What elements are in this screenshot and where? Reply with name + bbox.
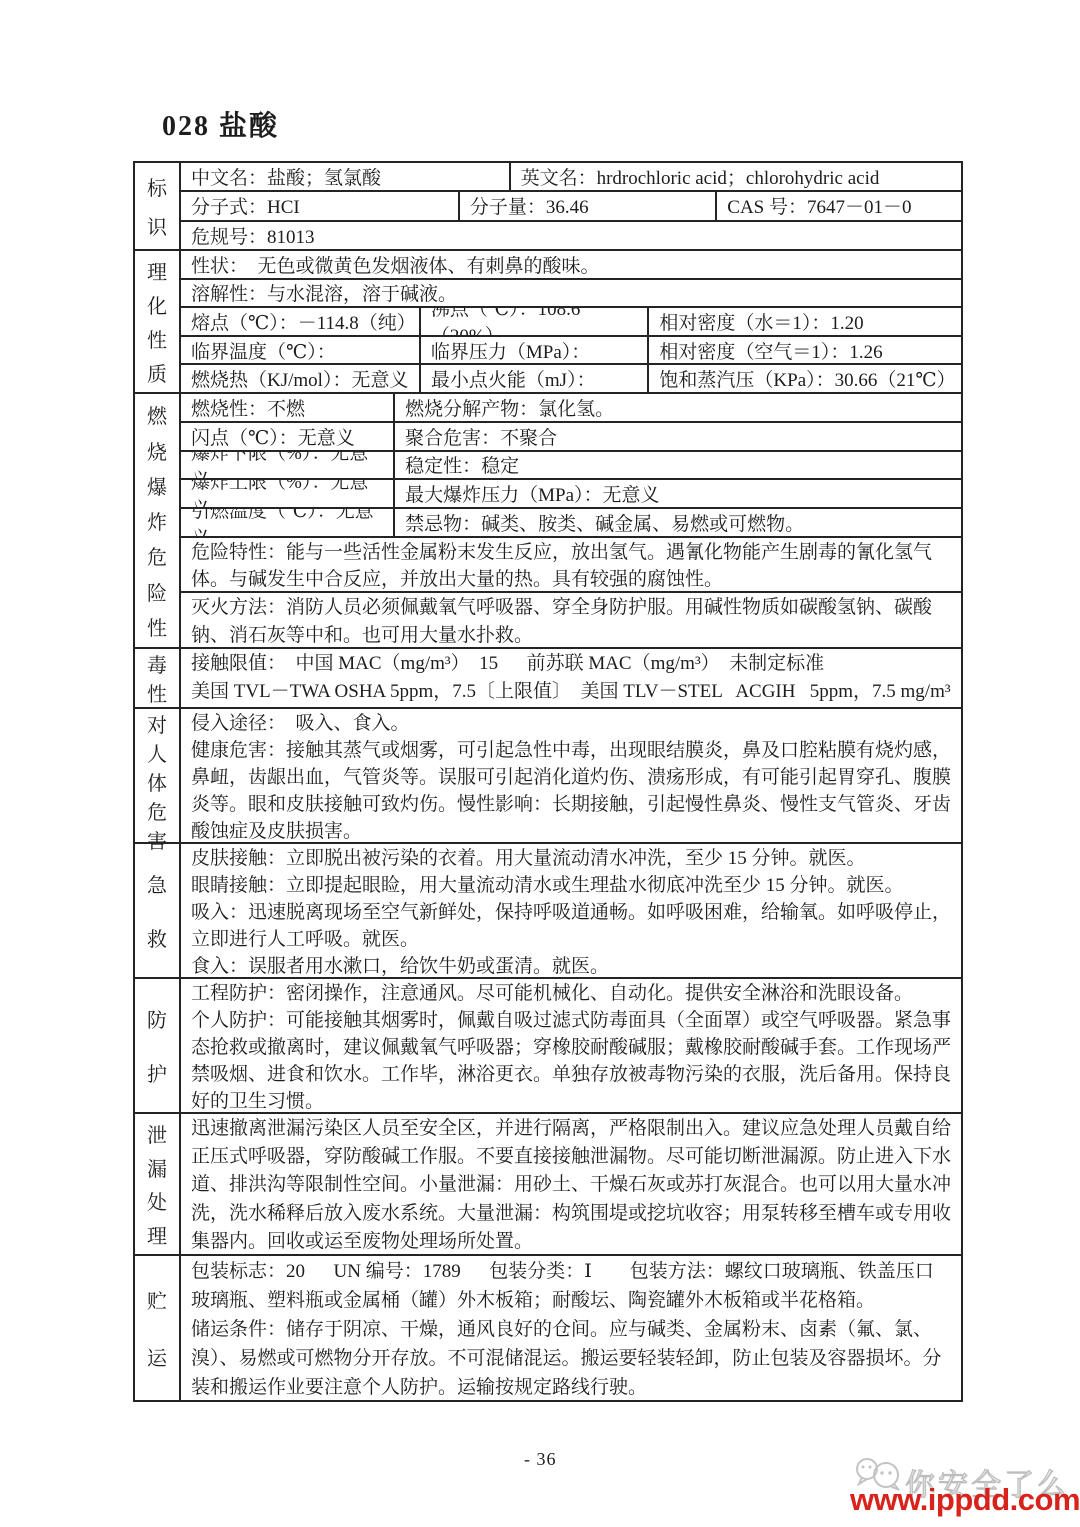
personal-protection-text: 个人防护：可能接触其烟雾时，佩戴自吸过滤式防毒面具（全面罩）或空气呼吸器。紧急事…	[191, 1007, 951, 1112]
explosion-lower-cell: 爆炸下限（%）：无意义	[181, 452, 393, 479]
section-protection: 防护 工程防护：密闭操作，注意通风。尽可能机械化、自动化。提供安全淋浴和洗眼设备…	[135, 977, 961, 1112]
density-water-text: 相对密度（水＝1）：1.20	[659, 308, 863, 335]
solubility-text: 溶解性：与水混溶，溶于碱液。	[191, 280, 457, 307]
flash-point-cell: 闪点（℃）：无意义	[181, 423, 393, 450]
density-air-text: 相对密度（空气＝1）：1.26	[659, 337, 882, 364]
exposure-limit-line2: 美国 TVL－TWA OSHA 5ppm，7.5〔上限值〕 美国 TLV－STE…	[191, 678, 951, 706]
section-body-first-aid: 皮肤接触：立即脱出被污染的衣着。用大量流动清水冲洗，至少 15 分钟。就医。 眼…	[181, 844, 961, 977]
section-storage-transport: 贮运 包装标志：20 UN 编号：1789 包装分类：Ⅰ 包装方法：螺纹口玻璃瓶…	[135, 1254, 961, 1400]
ignition-temp-text: 引燃温度（℃）：无意义	[191, 509, 383, 536]
combustion-heat-text: 燃烧热（KJ/mol）：无意义	[191, 365, 408, 392]
health-hazard-text: 健康危害：接触其蒸气或烟雾，可引起急性中毒，出现眼结膜炎，鼻及口腔粘膜有烧灼感，…	[191, 737, 951, 842]
explosion-upper-text: 爆炸上限（%）：无意义	[191, 480, 383, 507]
critical-temp-text: 临界温度（℃）：	[191, 337, 336, 364]
section-body-toxicity: 接触限值： 中国 MAC（mg/m³） 15 前苏联 MAC（mg/m³） 未制…	[181, 649, 961, 707]
row-leak-procedure: 迅速撤离泄漏污染区人员至安全区，并进行隔离，严格限制出入。建议应急处理人员戴自给…	[181, 1114, 961, 1254]
hazard-characteristics-text: 危险特性：能与一些活性金属粉末发生反应，放出氢气。遇氰化物能产生剧毒的氰化氢气体…	[191, 539, 951, 592]
section-label-identification: 标识	[135, 163, 181, 249]
section-body-health-hazard: 侵入途径： 吸入、食入。 健康危害：接触其蒸气或烟雾，可引起急性中毒，出现眼结膜…	[181, 709, 961, 842]
combustion-heat-cell: 燃烧热（KJ/mol）：无意义	[181, 365, 419, 392]
section-identification: 标识 中文名：盐酸；氢氯酸 英文名：hrdrochloric acid；chlo…	[135, 163, 961, 249]
section-body-fire-explosion: 燃烧性：不燃 燃烧分解产物：氯化氢。 闪点（℃）：无意义 聚合危害：不聚合 爆炸…	[181, 394, 961, 647]
section-label-protection: 防护	[135, 979, 181, 1112]
section-first-aid: 急救 皮肤接触：立即脱出被污染的衣着。用大量流动清水冲洗，至少 15 分钟。就医…	[135, 842, 961, 977]
protection-cell: 工程防护：密闭操作，注意通风。尽可能机械化、自动化。提供安全淋浴和洗眼设备。 个…	[181, 979, 961, 1112]
packaging-text: 包装标志：20 UN 编号：1789 包装分类：Ⅰ 包装方法：螺纹口玻璃瓶、铁盖…	[191, 1257, 951, 1315]
mol-weight-text: 分子量：36.46	[470, 192, 589, 219]
skin-contact-text: 皮肤接触：立即脱出被污染的衣着。用大量流动清水冲洗，至少 15 分钟。就医。	[191, 845, 951, 872]
row-hazard-characteristics: 危险特性：能与一些活性金属粉末发生反应，放出氢气。遇氰化物能产生剧毒的氰化氢气体…	[181, 536, 961, 592]
mol-weight-cell: 分子量：36.46	[458, 192, 715, 219]
section-body-leak-handling: 迅速撤离泄漏污染区人员至安全区，并进行隔离，严格限制出入。建议应急处理人员戴自给…	[181, 1114, 961, 1254]
row-formula: 分子式：HCI 分子量：36.46 CAS 号：7647－01－0	[181, 190, 961, 219]
health-hazard-cell: 侵入途径： 吸入、食入。 健康危害：接触其蒸气或烟雾，可引起急性中毒，出现眼结膜…	[181, 709, 961, 842]
msds-table: 标识 中文名：盐酸；氢氯酸 英文名：hrdrochloric acid；chlo…	[133, 161, 963, 1402]
min-ignition-cell: 最小点火能（mJ）：	[419, 365, 648, 392]
boiling-point-text: 沸点（℃）：108.6（20%）	[431, 308, 638, 335]
row-storage: 包装标志：20 UN 编号：1789 包装分类：Ⅰ 包装方法：螺纹口玻璃瓶、铁盖…	[181, 1256, 961, 1400]
row-names: 中文名：盐酸；氢氯酸 英文名：hrdrochloric acid；chloroh…	[181, 163, 961, 190]
polymerization-text: 聚合危害：不聚合	[405, 423, 557, 450]
row-flash-point: 闪点（℃）：无意义 聚合危害：不聚合	[181, 421, 961, 450]
row-extinguishing: 灭火方法：消防人员必须佩戴氧气呼吸器、穿全身防护服。用碱性物质如碳酸氢钠、碳酸钠…	[181, 591, 961, 647]
stability-text: 稳定性：稳定	[405, 452, 519, 479]
boiling-point-cell: 沸点（℃）：108.6（20%）	[419, 308, 648, 335]
vapor-pressure-text: 饱和蒸汽压（KPa）：30.66（21℃）	[659, 365, 951, 392]
section-label-health-hazard: 对人体危害	[135, 709, 181, 842]
row-explosion-upper: 爆炸上限（%）：无意义 最大爆炸压力（MPa）：无意义	[181, 478, 961, 507]
row-melting-boiling-density: 熔点（℃）：－114.8（纯） 沸点（℃）：108.6（20%） 相对密度（水＝…	[181, 306, 961, 335]
section-body-storage-transport: 包装标志：20 UN 编号：1789 包装分类：Ⅰ 包装方法：螺纹口玻璃瓶、铁盖…	[181, 1256, 961, 1400]
stability-cell: 稳定性：稳定	[393, 452, 961, 479]
invasion-route-text: 侵入途径： 吸入、食入。	[191, 710, 951, 737]
row-exposure-limits: 接触限值： 中国 MAC（mg/m³） 15 前苏联 MAC（mg/m³） 未制…	[181, 649, 961, 707]
first-aid-cell: 皮肤接触：立即脱出被污染的衣着。用大量流动清水冲洗，至少 15 分钟。就医。 眼…	[181, 844, 961, 977]
max-pressure-cell: 最大爆炸压力（MPa）：无意义	[393, 480, 961, 507]
critical-pressure-cell: 临界压力（MPa）：	[419, 337, 648, 364]
section-label-toxicity: 毒性	[135, 649, 181, 707]
appearance-text: 性状： 无色或微黄色发烟液体、有刺鼻的酸味。	[191, 251, 600, 278]
inhalation-text: 吸入：迅速脱离现场至空气新鲜处，保持呼吸道通畅。如呼吸困难，给输氧。如呼吸停止，…	[191, 899, 951, 953]
section-fire-explosion: 燃烧爆炸危险性 燃烧性：不燃 燃烧分解产物：氯化氢。 闪点（℃）：无意义 聚合危…	[135, 392, 961, 647]
exposure-limit-line1: 接触限值： 中国 MAC（mg/m³） 15 前苏联 MAC（mg/m³） 未制…	[191, 650, 951, 678]
explosion-upper-cell: 爆炸上限（%）：无意义	[181, 480, 393, 507]
row-heat-vapor: 燃烧热（KJ/mol）：无意义 最小点火能（mJ）： 饱和蒸汽压（KPa）：30…	[181, 363, 961, 392]
page-number: - 36	[524, 1449, 557, 1470]
watermark-url: www.ippdd.com	[850, 1482, 1080, 1518]
english-name-text: 英文名：hrdrochloric acid；chlorohydric acid	[521, 163, 880, 190]
section-toxicity: 毒性 接触限值： 中国 MAC（mg/m³） 15 前苏联 MAC（mg/m³）…	[135, 647, 961, 707]
row-flammability: 燃烧性：不燃 燃烧分解产物：氯化氢。	[181, 394, 961, 421]
leak-procedure-text: 迅速撤离泄漏污染区人员至安全区，并进行隔离，严格限制出入。建议应急处理人员戴自给…	[191, 1115, 951, 1254]
solubility-cell: 溶解性：与水混溶，溶于碱液。	[181, 280, 961, 307]
eye-contact-text: 眼睛接触：立即提起眼睑，用大量流动清水或生理盐水彻底冲洗至少 15 分钟。就医。	[191, 872, 951, 899]
section-label-fire-explosion: 燃烧爆炸危险性	[135, 394, 181, 647]
explosion-lower-text: 爆炸下限（%）：无意义	[191, 452, 383, 479]
formula-cell: 分子式：HCI	[181, 192, 458, 219]
incompatibilities-cell: 禁忌物：碱类、胺类、碱金属、易燃或可燃物。	[393, 509, 961, 536]
critical-temp-cell: 临界温度（℃）：	[181, 337, 419, 364]
min-ignition-text: 最小点火能（mJ）：	[431, 365, 596, 392]
flammability-cell: 燃烧性：不燃	[181, 394, 393, 421]
section-leak-handling: 泄漏处理 迅速撤离泄漏污染区人员至安全区，并进行隔离，严格限制出入。建议应急处理…	[135, 1112, 961, 1254]
melting-point-cell: 熔点（℃）：－114.8（纯）	[181, 308, 419, 335]
section-health-hazard: 对人体危害 侵入途径： 吸入、食入。 健康危害：接触其蒸气或烟雾，可引起急性中毒…	[135, 707, 961, 842]
section-body-protection: 工程防护：密闭操作，注意通风。尽可能机械化、自动化。提供安全淋浴和洗眼设备。 个…	[181, 979, 961, 1112]
section-label-storage-transport: 贮运	[135, 1256, 181, 1400]
cas-cell: CAS 号：7647－01－0	[715, 192, 961, 219]
row-health-hazard: 侵入途径： 吸入、食入。 健康危害：接触其蒸气或烟雾，可引起急性中毒，出现眼结膜…	[181, 709, 961, 842]
leak-procedure-cell: 迅速撤离泄漏污染区人员至安全区，并进行隔离，严格限制出入。建议应急处理人员戴自给…	[181, 1114, 961, 1254]
engineering-protection-text: 工程防护：密闭操作，注意通风。尽可能机械化、自动化。提供安全淋浴和洗眼设备。	[191, 980, 951, 1007]
extinguishing-text: 灭火方法：消防人员必须佩戴氧气呼吸器、穿全身防护服。用碱性物质如碳酸氢钠、碳酸钠…	[191, 594, 951, 647]
row-protection: 工程防护：密闭操作，注意通风。尽可能机械化、自动化。提供安全淋浴和洗眼设备。 个…	[181, 979, 961, 1112]
appearance-cell: 性状： 无色或微黄色发烟液体、有刺鼻的酸味。	[181, 251, 961, 278]
section-label-physchem: 理化性质	[135, 251, 181, 392]
row-explosion-lower: 爆炸下限（%）：无意义 稳定性：稳定	[181, 450, 961, 479]
melting-point-text: 熔点（℃）：－114.8（纯）	[191, 308, 409, 335]
ingestion-text: 食入：误服者用水漱口，给饮牛奶或蛋清。就医。	[191, 953, 951, 977]
density-water-cell: 相对密度（水＝1）：1.20	[647, 308, 961, 335]
incompatibilities-text: 禁忌物：碱类、胺类、碱金属、易燃或可燃物。	[405, 509, 804, 536]
density-air-cell: 相对密度（空气＝1）：1.26	[647, 337, 961, 364]
critical-pressure-text: 临界压力（MPa）：	[431, 337, 590, 364]
cas-text: CAS 号：7647－01－0	[727, 192, 911, 219]
section-body-physchem: 性状： 无色或微黄色发烟液体、有刺鼻的酸味。 溶解性：与水混溶，溶于碱液。 熔点…	[181, 251, 961, 392]
hazard-characteristics-cell: 危险特性：能与一些活性金属粉末发生反应，放出氢气。遇氰化物能产生剧毒的氰化氢气体…	[181, 538, 961, 592]
flammability-text: 燃烧性：不燃	[191, 394, 305, 421]
page-title: 028 盐酸	[162, 104, 279, 144]
exposure-limits-cell: 接触限值： 中国 MAC（mg/m³） 15 前苏联 MAC（mg/m³） 未制…	[181, 649, 961, 707]
ignition-temp-cell: 引燃温度（℃）：无意义	[181, 509, 393, 536]
row-appearance: 性状： 无色或微黄色发烟液体、有刺鼻的酸味。	[181, 251, 961, 278]
max-pressure-text: 最大爆炸压力（MPa）：无意义	[405, 480, 659, 507]
row-solubility: 溶解性：与水混溶，溶于碱液。	[181, 278, 961, 307]
chinese-name-cell: 中文名：盐酸；氢氯酸	[181, 163, 509, 190]
vapor-pressure-cell: 饱和蒸汽压（KPa）：30.66（21℃）	[647, 365, 961, 392]
storage-conditions-text: 储运条件：储存于阴凉、干燥，通风良好的仓间。应与碱类、金属粉末、卤素（氟、氯、溴…	[191, 1315, 951, 1400]
danger-code-cell: 危规号：81013	[181, 222, 961, 249]
danger-code-text: 危规号：81013	[191, 222, 315, 249]
row-ignition-temp: 引燃温度（℃）：无意义 禁忌物：碱类、胺类、碱金属、易燃或可燃物。	[181, 507, 961, 536]
row-first-aid: 皮肤接触：立即脱出被污染的衣着。用大量流动清水冲洗，至少 15 分钟。就医。 眼…	[181, 844, 961, 977]
polymerization-cell: 聚合危害：不聚合	[393, 423, 961, 450]
formula-text: 分子式：HCI	[191, 192, 300, 219]
section-label-first-aid: 急救	[135, 844, 181, 977]
flash-point-text: 闪点（℃）：无意义	[191, 423, 355, 450]
row-danger-code: 危规号：81013	[181, 220, 961, 249]
section-physchem: 理化性质 性状： 无色或微黄色发烟液体、有刺鼻的酸味。 溶解性：与水混溶，溶于碱…	[135, 249, 961, 392]
extinguishing-cell: 灭火方法：消防人员必须佩戴氧气呼吸器、穿全身防护服。用碱性物质如碳酸氢钠、碳酸钠…	[181, 593, 961, 647]
chinese-name-text: 中文名：盐酸；氢氯酸	[191, 163, 381, 190]
storage-cell: 包装标志：20 UN 编号：1789 包装分类：Ⅰ 包装方法：螺纹口玻璃瓶、铁盖…	[181, 1256, 961, 1400]
row-critical: 临界温度（℃）： 临界压力（MPa）： 相对密度（空气＝1）：1.26	[181, 335, 961, 364]
decomposition-cell: 燃烧分解产物：氯化氢。	[393, 394, 961, 421]
english-name-cell: 英文名：hrdrochloric acid；chlorohydric acid	[509, 163, 961, 190]
decomposition-text: 燃烧分解产物：氯化氢。	[405, 394, 614, 421]
section-label-leak-handling: 泄漏处理	[135, 1114, 181, 1254]
section-body-identification: 中文名：盐酸；氢氯酸 英文名：hrdrochloric acid；chloroh…	[181, 163, 961, 249]
